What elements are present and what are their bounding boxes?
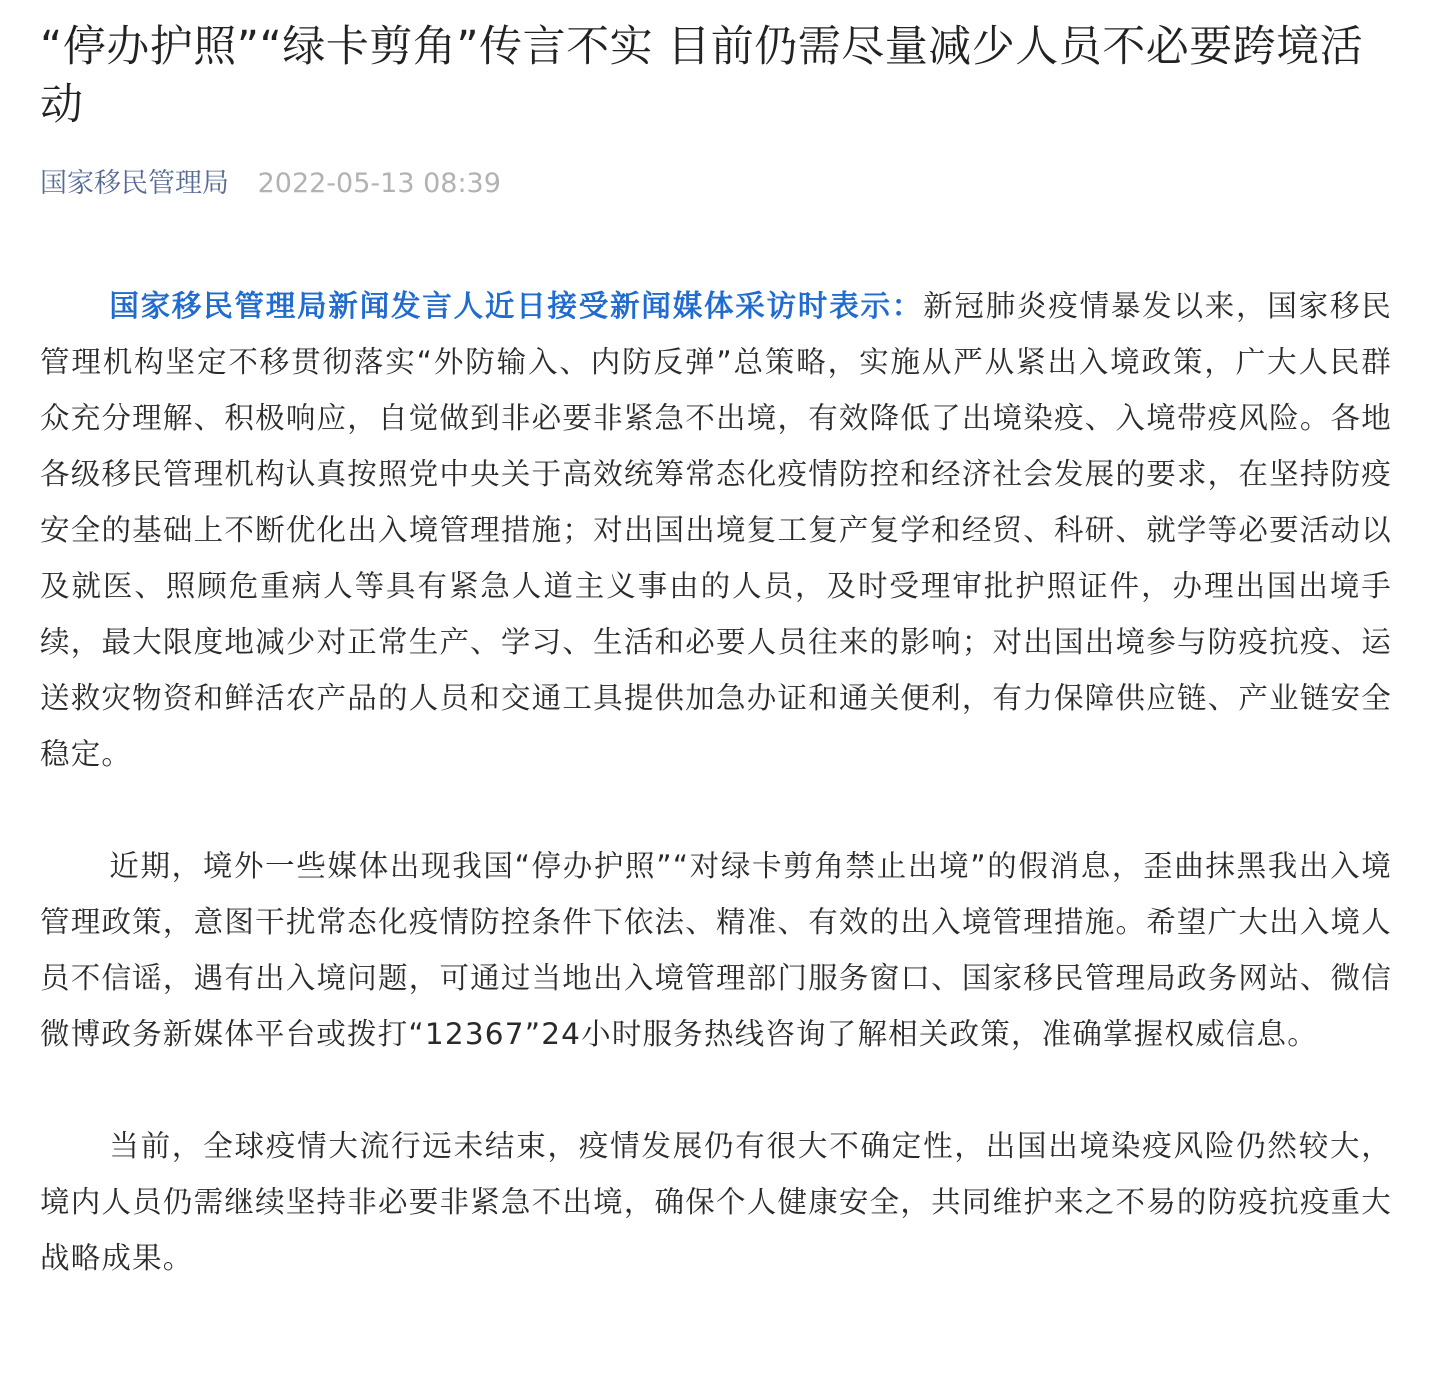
publish-date: 2022-05-13 08:39	[258, 168, 501, 199]
article-body: 国家移民管理局新闻发言人近日接受新闻媒体采访时表示：新冠肺炎疫情暴发以来，国家移…	[40, 278, 1392, 1286]
paragraph-3: 当前，全球疫情大流行远未结束，疫情发展仍有很大不确定性，出国出境染疫风险仍然较大…	[40, 1118, 1392, 1286]
paragraph-text: 当前，全球疫情大流行远未结束，疫情发展仍有很大不确定性，出国出境染疫风险仍然较大…	[40, 1129, 1392, 1275]
source-account-link[interactable]: 国家移民管理局	[40, 168, 229, 199]
article-title: “停办护照”“绿卡剪角”传言不实 目前仍需尽量减少人员不必要跨境活动	[40, 18, 1392, 134]
article: “停办护照”“绿卡剪角”传言不实 目前仍需尽量减少人员不必要跨境活动 国家移民管…	[0, 0, 1432, 1286]
paragraph-2: 近期，境外一些媒体出现我国“停办护照”“对绿卡剪角禁止出境”的假消息，歪曲抹黑我…	[40, 838, 1392, 1062]
paragraph-text: 新冠肺炎疫情暴发以来，国家移民管理机构坚定不移贯彻落实“外防输入、内防反弹”总策…	[40, 289, 1392, 771]
paragraph-1: 国家移民管理局新闻发言人近日接受新闻媒体采访时表示：新冠肺炎疫情暴发以来，国家移…	[40, 278, 1392, 782]
paragraph-text: 近期，境外一些媒体出现我国“停办护照”“对绿卡剪角禁止出境”的假消息，歪曲抹黑我…	[40, 849, 1392, 1051]
paragraph-lead-highlight: 国家移民管理局新闻发言人近日接受新闻媒体采访时表示：	[109, 289, 923, 323]
article-meta: 国家移民管理局 2022-05-13 08:39	[40, 164, 1392, 204]
